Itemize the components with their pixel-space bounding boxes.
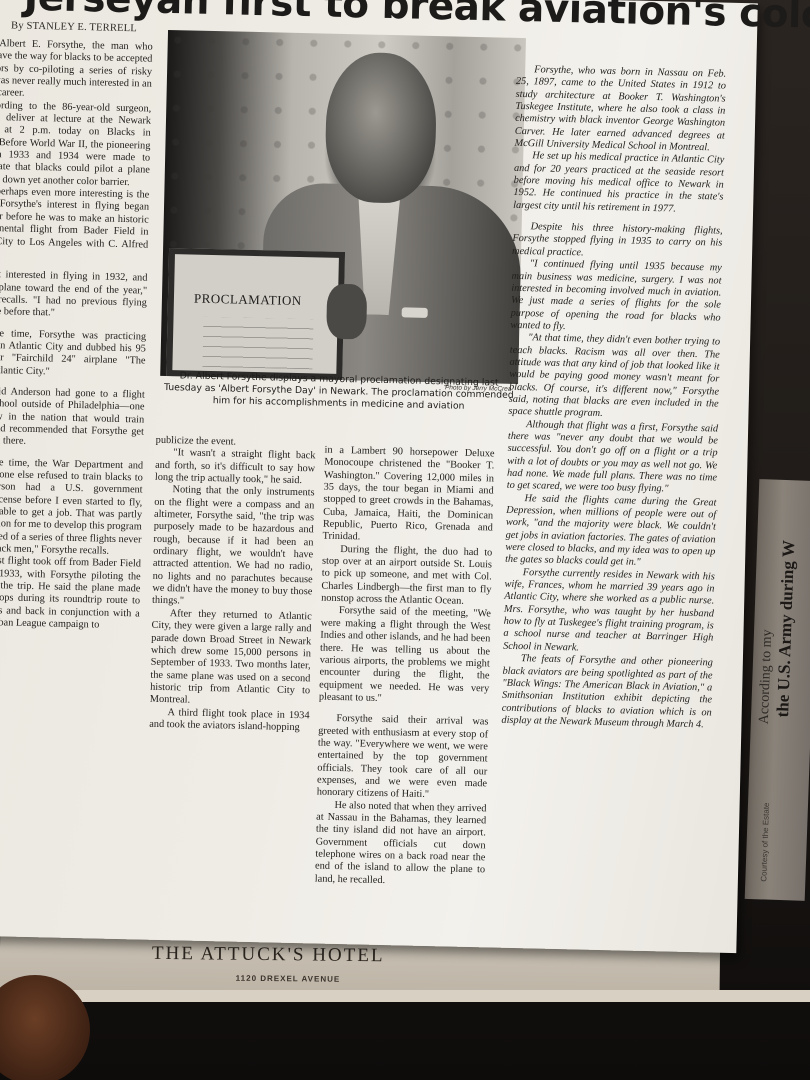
paragraph: Although that flight was a first, Forsyt… [507,418,719,497]
article-column-3: in a Lambert 90 horsepower Deluxe Monoco… [315,445,495,890]
paragraph: A third flight took place in 1934 and to… [149,706,310,734]
paragraph: "At the time, the War Department and mos… [0,456,143,559]
paragraph: "At that time, they didn't even bother t… [508,332,720,423]
paragraph: According to the 86-year-old surgeon, wh… [0,99,151,190]
photo-pocket-square [402,307,428,318]
paragraph: He also noted that when they arrived at … [315,799,487,889]
paragraph: He set up his medical practice in Atlant… [513,150,724,216]
article-column-2: publicize the event. "It wasn't a straig… [149,435,316,735]
paragraph: Noting that the only instruments on the … [152,484,315,611]
paragraph: Forsythe said their arrival was greeted … [317,713,489,803]
newspaper-clipping: Jerseyan first to break aviation's color… [0,0,758,953]
photo-forsythe: PROCLAMATION [160,30,526,384]
byline: By STANLEY E. TERRELL [11,20,137,34]
paragraph: Despite his three history-making flights… [512,221,723,263]
article-column-1: Dr. Albert E. Forsythe, the man who help… [0,37,153,633]
adjacent-clipping-text-2: According to my [757,629,776,724]
paragraph: Forsythe currently resides in Newark wit… [503,566,715,657]
paragraph: During the flight, the duo had to stop o… [321,543,492,609]
paragraph: "I got interested in flying in 1932, and… [0,268,148,322]
photo-hand [326,284,367,340]
paragraph: Dr. Albert E. Forsythe, the man who help… [0,37,153,103]
hotel-card-name: THE ATTUCK'S HOTEL [152,943,385,967]
adjacent-clipping-credit: Courtesy of the Estate [759,802,771,881]
proclamation-title: PROCLAMATION [194,291,302,309]
photo-head [324,52,437,204]
paragraph: At the time, Forsythe was practicing med… [0,327,146,381]
display-shelf-edge [0,990,810,1002]
hotel-card-address: 1120 DREXEL AVENUE [236,974,341,984]
paragraph: He said Anderson had gone to a flight tr… [0,385,145,451]
paragraph: "It wasn't a straight flight back and fo… [155,447,316,488]
paragraph: But perhaps even more interesting is the… [0,185,149,263]
paragraph: in a Lambert 90 horsepower Deluxe Monoco… [322,445,494,548]
paragraph: After they returned to Atlantic City, th… [150,608,312,710]
photo-proclamation-frame: PROCLAMATION [166,248,345,380]
paragraph: Forsythe said of the meeting, "We were m… [319,605,491,708]
photo-credit: Photo by Jerry McCrea [445,384,512,393]
paragraph: "I continued flying until 1935 because m… [510,258,722,337]
article-column-4: Forsythe, who was born in Nassau on Feb.… [501,64,726,732]
paragraph: The feats of Forsythe and other pioneeri… [501,653,713,732]
adjacent-clipping-text: the U.S. Army during W [773,540,799,718]
paragraph: Forsythe, who was born in Nassau on Feb.… [514,64,726,155]
paragraph: He said the flights came during the Grea… [505,492,717,571]
paragraph: The first flight took off from Bader Fie… [0,555,141,633]
proclamation-text-lines [202,317,313,369]
photo-caption: Dr. Albert Forsythe displays a mayoral p… [161,370,518,414]
